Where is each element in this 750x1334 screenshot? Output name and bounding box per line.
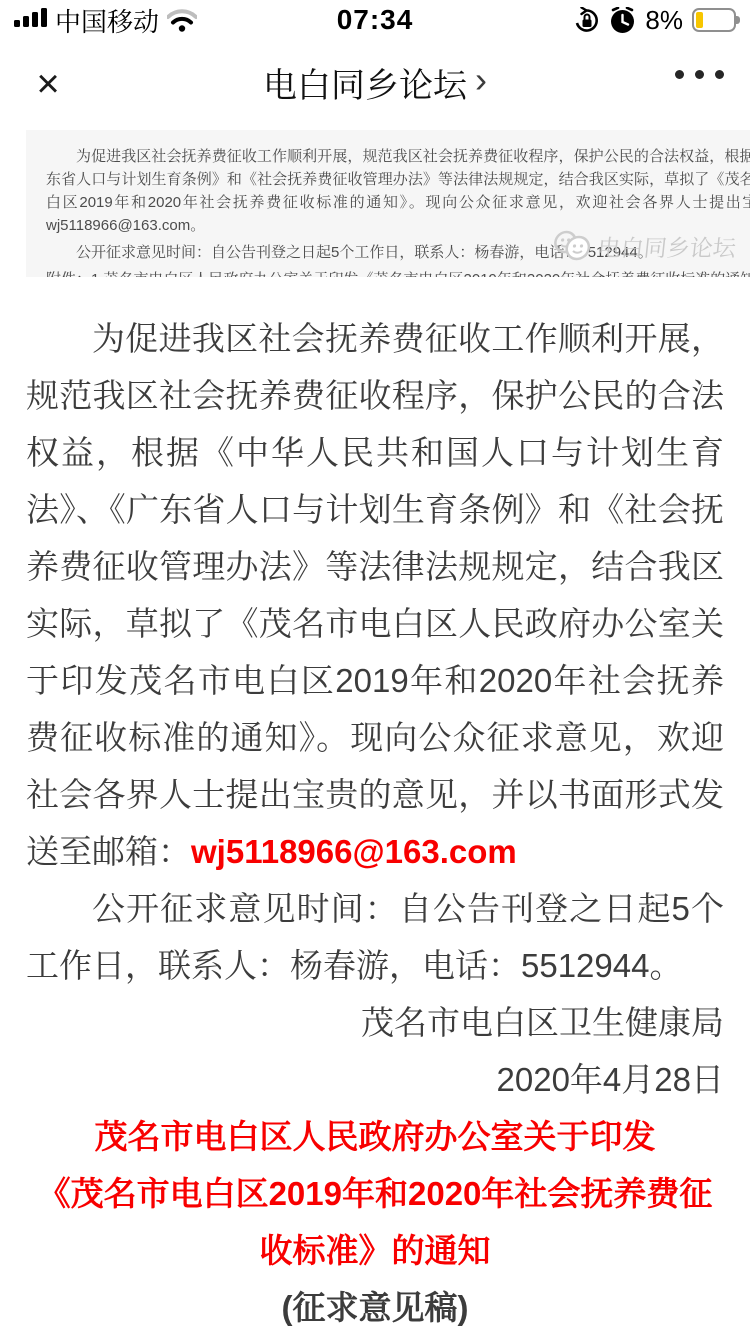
article-paragraph-1: 为促进我区社会抚养费征收工作顺利开展，规范我区社会抚养费征收程序，保护公民的合法… bbox=[26, 310, 724, 880]
chevron-right-icon: › bbox=[475, 59, 487, 101]
battery-percent-label: 8% bbox=[645, 5, 683, 36]
quote-paragraph-2: 公开征求意见时间：自公告刊登之日起5个工作日，联系人：杨春游，电话：551294… bbox=[46, 241, 750, 264]
nav-bar: × 电白同乡论坛 › bbox=[0, 40, 750, 124]
quote-paragraph-1: 为促进我区社会抚养费征收工作顺利开展，规范我区社会抚养费征收程序，保护公民的合法… bbox=[46, 145, 750, 237]
quote-paragraph-attachment: 附件：1.茂名市电白区人民政府办公室关于印发《茂名市电白区2019年和2020年… bbox=[46, 268, 750, 277]
wechat-article-screen: 中国移动 07:34 8% bbox=[0, 0, 750, 1334]
signature-date: 2020年4月28日 bbox=[26, 1051, 724, 1108]
page-title[interactable]: 电白同乡论坛 › bbox=[0, 40, 750, 124]
rotation-lock-icon bbox=[573, 7, 600, 34]
status-bar: 中国移动 07:34 8% bbox=[0, 0, 750, 40]
paragraph-1-text: 为促进我区社会抚养费征收工作顺利开展，规范我区社会抚养费征收程序，保护公民的合法… bbox=[26, 320, 724, 870]
more-menu-button[interactable] bbox=[675, 70, 724, 79]
notice-title-line-1: 茂名市电白区人民政府办公室关于印发 bbox=[26, 1108, 724, 1165]
forum-title-label: 电白同乡论坛 bbox=[263, 58, 467, 107]
battery-icon bbox=[692, 8, 742, 32]
signature-organization: 茂名市电白区卫生健康局 bbox=[26, 994, 724, 1051]
article-body: 为促进我区社会抚养费征收工作顺利开展，规范我区社会抚养费征收程序，保护公民的合法… bbox=[26, 310, 724, 1334]
quoted-summary-box: 为促进我区社会抚养费征收工作顺利开展，规范我区社会抚养费征收程序，保护公民的合法… bbox=[26, 130, 750, 277]
draft-note: (征求意见稿) bbox=[26, 1279, 724, 1334]
article-paragraph-2: 公开征求意见时间：自公告刊登之日起5个工作日，联系人：杨春游，电话：551294… bbox=[26, 880, 724, 994]
email-link[interactable]: wj5118966@163.com bbox=[191, 833, 517, 870]
alarm-clock-icon bbox=[609, 7, 636, 34]
notice-title-line-2: 《茂名市电白区2019年和2020年社会抚养费征收标准》的通知 bbox=[26, 1165, 724, 1279]
